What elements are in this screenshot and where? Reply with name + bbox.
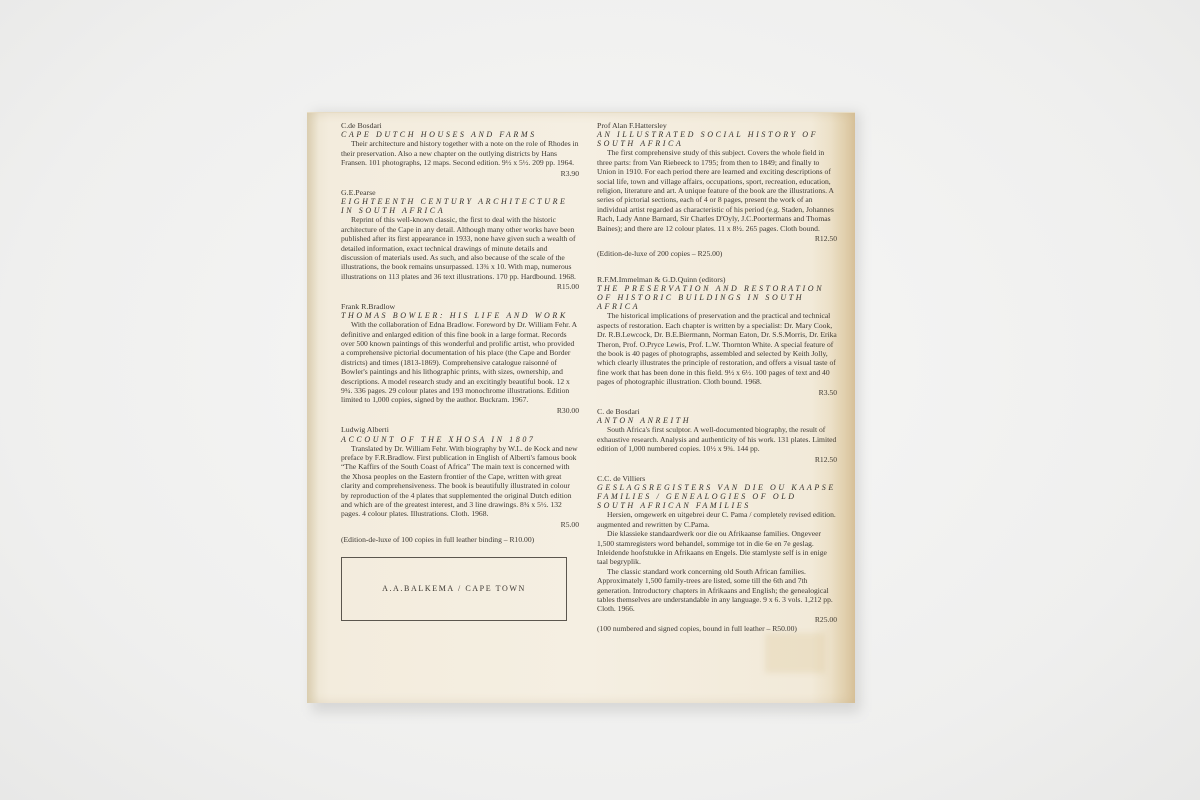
entry-description: With the collaboration of Edna Bradlow. …	[341, 320, 579, 405]
entry-note: (100 numbered and signed copies, bound i…	[597, 624, 837, 633]
book-entry: Prof Alan F.Hattersley AN ILLUSTRATED SO…	[597, 121, 837, 259]
entry-title: EIGHTEENTH CENTURY ARCHITECTURE IN SOUTH…	[341, 197, 579, 215]
book-entry: C. de Bosdari ANTON ANREITH South Africa…	[597, 407, 837, 464]
entry-author: Ludwig Alberti	[341, 425, 579, 434]
book-entry: R.F.M.Immelman & G.D.Quinn (editors) THE…	[597, 275, 837, 397]
left-column: C.de Bosdari CAPE DUTCH HOUSES AND FARMS…	[341, 121, 579, 621]
entry-author: C.C. de Villiers	[597, 474, 837, 483]
book-entry: Frank R.Bradlow THOMAS BOWLER: HIS LIFE …	[341, 302, 579, 415]
book-back-cover: C.de Bosdari CAPE DUTCH HOUSES AND FARMS…	[307, 112, 855, 703]
entry-title: GESLAGSREGISTERS VAN DIE OU KAAPSE FAMIL…	[597, 483, 837, 510]
publisher-imprint-box: A.A.BALKEMA / CAPE TOWN	[341, 557, 567, 621]
entry-title: CAPE DUTCH HOUSES AND FARMS	[341, 130, 579, 139]
entry-price: R15.00	[341, 282, 579, 291]
entry-author: C.de Bosdari	[341, 121, 579, 130]
entry-description: The historical implications of preservat…	[597, 311, 837, 386]
entry-title: AN ILLUSTRATED SOCIAL HISTORY OF SOUTH A…	[597, 130, 837, 148]
publisher-name: A.A.BALKEMA / CAPE TOWN	[382, 584, 526, 593]
entry-note: (Edition-de-luxe of 200 copies – R25.00)	[597, 249, 837, 258]
book-entry: C.C. de Villiers GESLAGSREGISTERS VAN DI…	[597, 474, 837, 634]
entry-price: R12.50	[597, 234, 837, 243]
entry-title: THE PRESERVATION AND RESTORATION OF HIST…	[597, 284, 837, 311]
entry-description: The first comprehensive study of this su…	[597, 148, 837, 233]
entry-author: Frank R.Bradlow	[341, 302, 579, 311]
entry-description-afrikaans: Die klassieke standaardwerk oor die ou A…	[597, 529, 837, 567]
entry-note: (Edition-de-luxe of 100 copies in full l…	[341, 535, 579, 544]
entry-description: Hersien, omgewerk en uitgebrei deur C. P…	[597, 510, 837, 529]
entry-title: THOMAS BOWLER: HIS LIFE AND WORK	[341, 311, 579, 320]
entry-price: R30.00	[341, 406, 579, 415]
entry-author: C. de Bosdari	[597, 407, 837, 416]
entry-description: South Africa's first sculptor. A well-do…	[597, 425, 837, 453]
book-entry: Ludwig Alberti ACCOUNT OF THE XHOSA IN 1…	[341, 425, 579, 544]
right-column: Prof Alan F.Hattersley AN ILLUSTRATED SO…	[597, 121, 837, 644]
entry-price: R5.00	[341, 520, 579, 529]
entry-price: R12.50	[597, 455, 837, 464]
book-entry: G.E.Pearse EIGHTEENTH CENTURY ARCHITECTU…	[341, 188, 579, 292]
entry-author: Prof Alan F.Hattersley	[597, 121, 837, 130]
entry-price: R3.50	[597, 388, 837, 397]
entry-description: Translated by Dr. William Fehr. With bio…	[341, 444, 579, 519]
entry-price: R25.00	[597, 615, 837, 624]
entry-author: G.E.Pearse	[341, 188, 579, 197]
entry-title: ACCOUNT OF THE XHOSA IN 1807	[341, 435, 579, 444]
book-entry: C.de Bosdari CAPE DUTCH HOUSES AND FARMS…	[341, 121, 579, 178]
entry-author: R.F.M.Immelman & G.D.Quinn (editors)	[597, 275, 837, 284]
entry-description: Their architecture and history together …	[341, 139, 579, 167]
entry-description-english: The classic standard work concerning old…	[597, 567, 837, 614]
entry-description: Reprint of this well-known classic, the …	[341, 215, 579, 281]
entry-price: R3.90	[341, 169, 579, 178]
entry-title: ANTON ANREITH	[597, 416, 837, 425]
